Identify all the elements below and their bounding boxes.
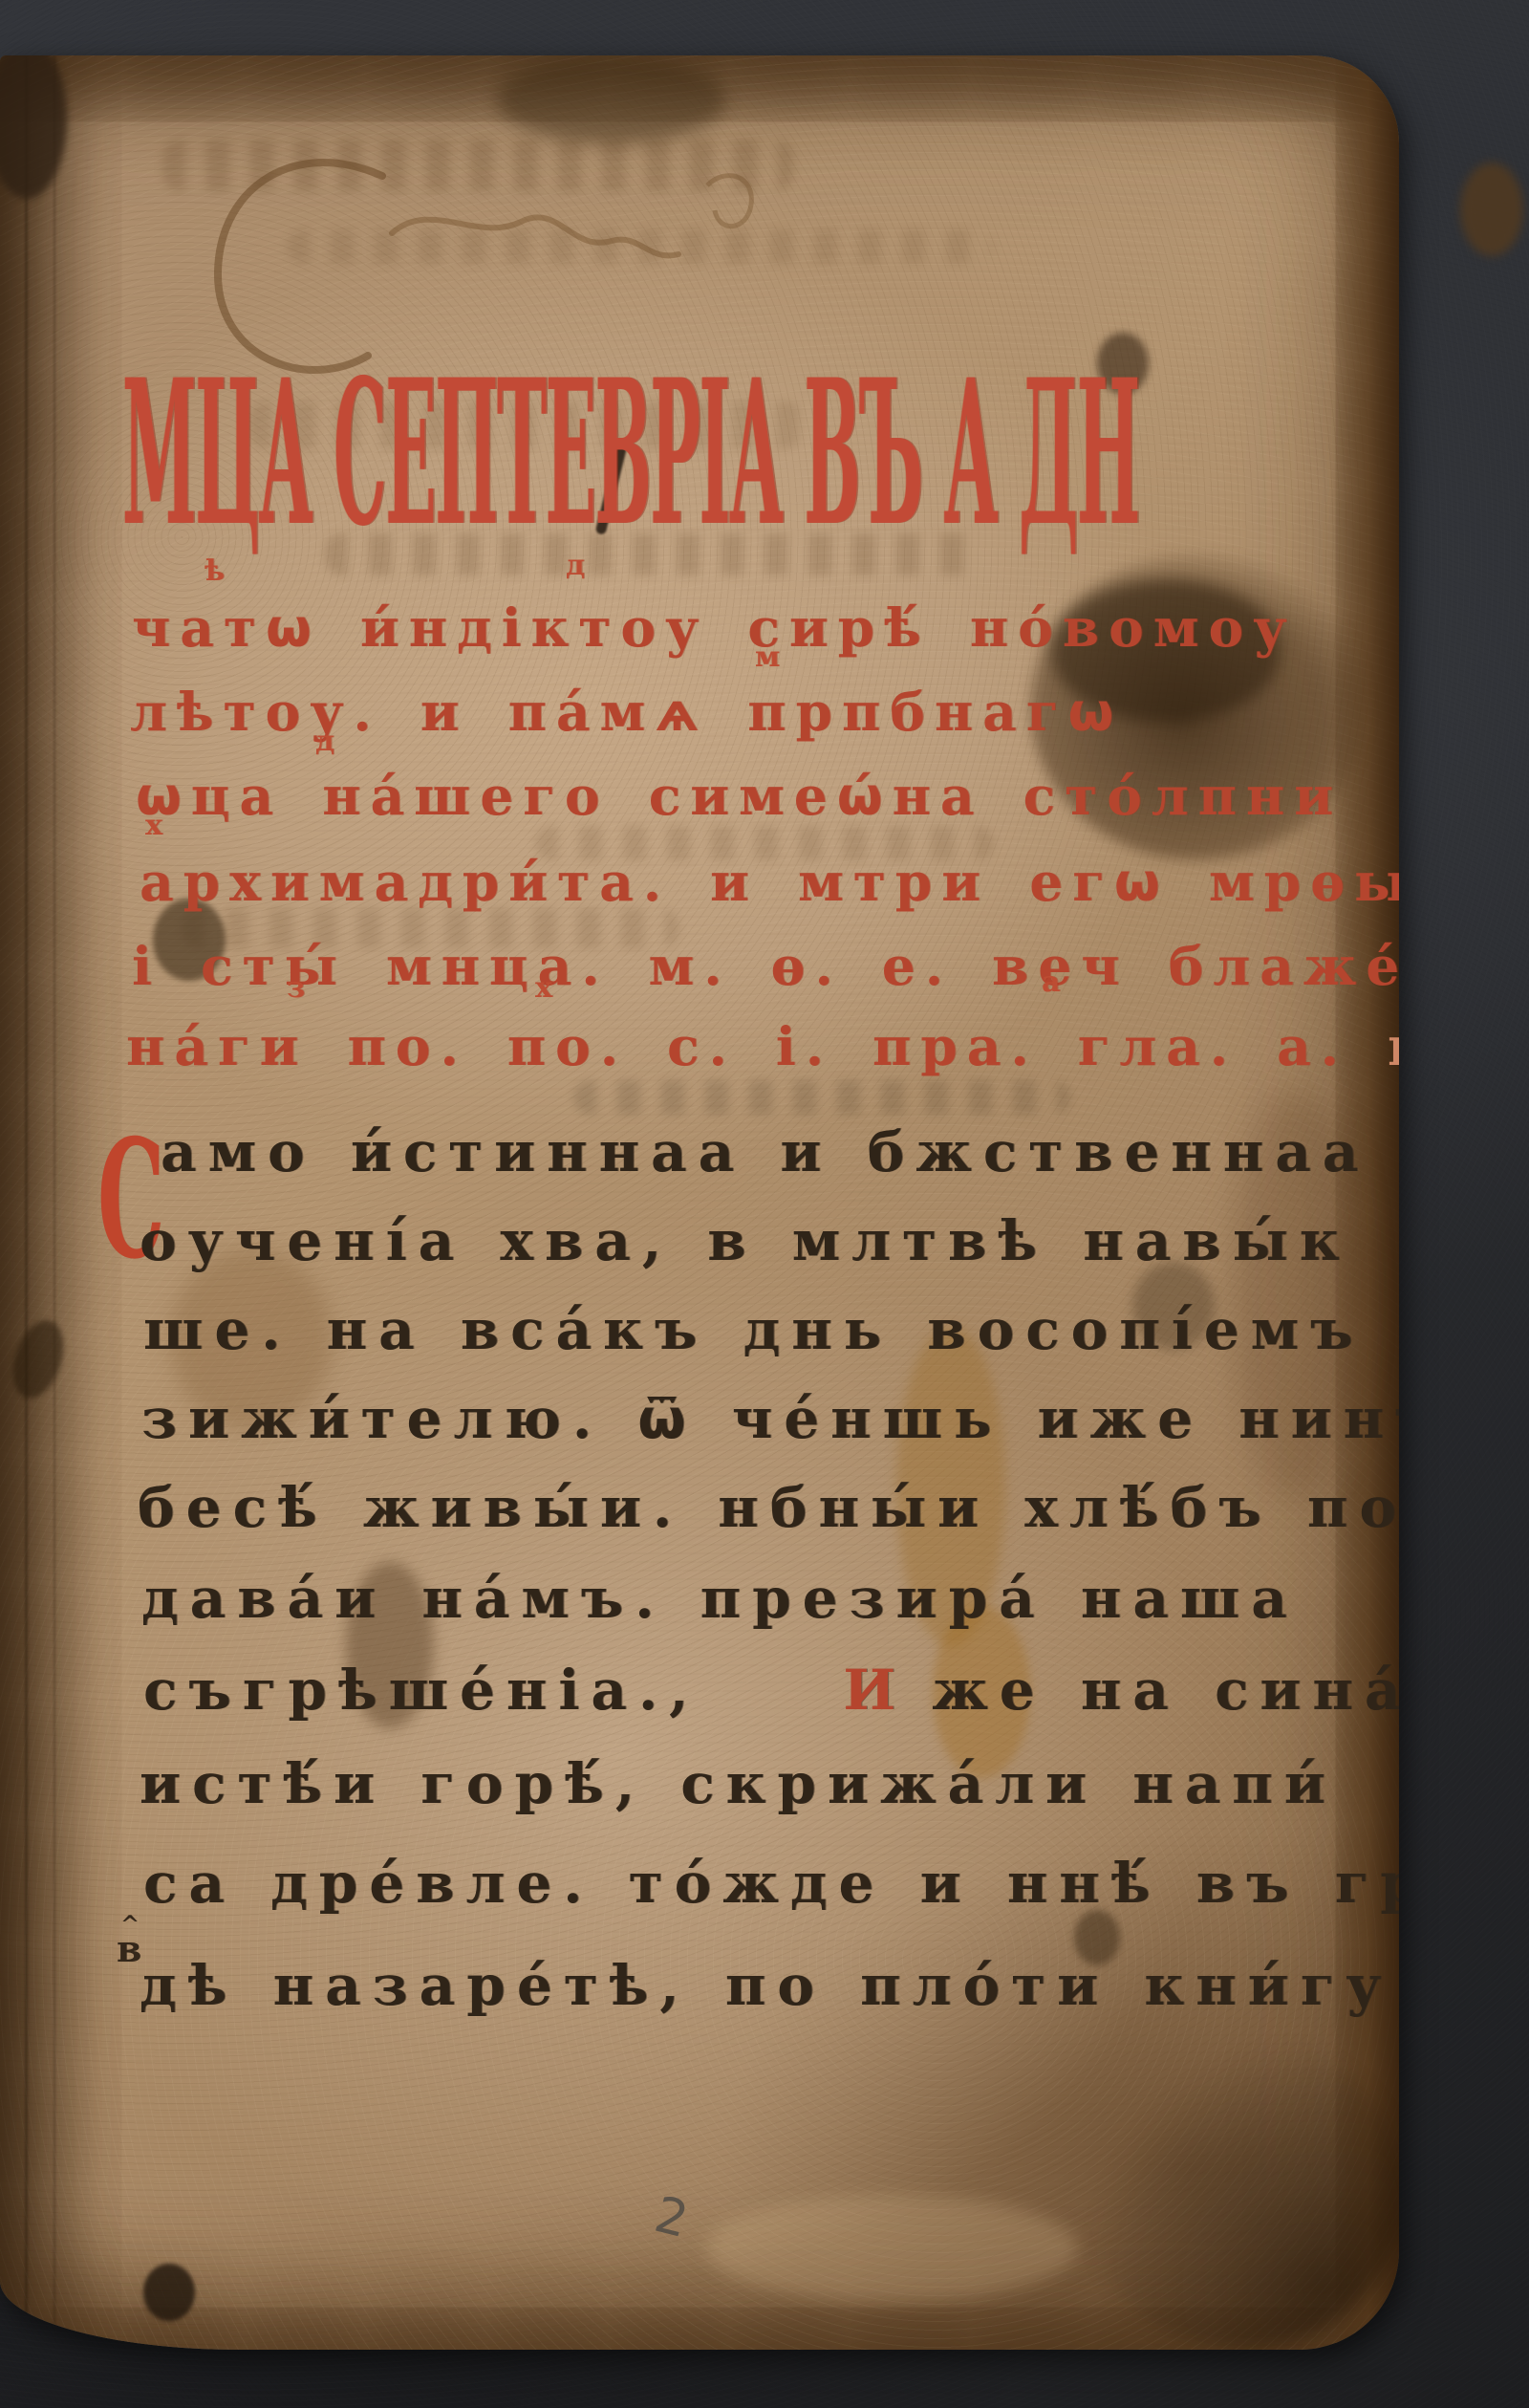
inline-initial: И — [843, 1658, 907, 1723]
superscript-letter: х — [145, 809, 162, 842]
rubric-line-6-main: на́ги по. по. с. і. пра. гла. а. — [126, 1015, 1348, 1077]
rubric-line-4: архимадри́та. и мтри егѡ мрѳы, — [140, 851, 1399, 913]
body-line-6: дава́и на́мъ. презира́ наша — [141, 1566, 1299, 1631]
rubric-line-1: чатѡ и́ндіктоу сирѣ́ но́вомоу — [132, 597, 1296, 659]
scan-frame: МЦА СЕПТЕВРІА ВЪ А ДН чатѡ и́ндіктоу сир… — [0, 0, 1529, 2408]
superscript-letter: ѣ — [205, 554, 225, 588]
headpiece-title: МЦА СЕПТЕВРІА ВЪ А ДН — [122, 336, 1139, 572]
margin-note: в^ — [117, 1927, 141, 1970]
gutter-shadow — [0, 55, 99, 2350]
rubric-line-5: і сты́ мнца. м. ѳ. е. веч блаже́ моу. — [132, 935, 1399, 997]
rubric-line-3: ѡца на́шего симеѡ́на сто́лпни — [136, 765, 1343, 827]
stain-dot-bottomleft — [143, 2264, 195, 2321]
body-line-1: амо и́стиннаа и бжственнаа — [161, 1119, 1369, 1184]
body-line-2: оучені́а хва, в млтвѣ навы́к — [140, 1208, 1351, 1273]
body-line-7-pre: съгрѣше́ніа., — [143, 1658, 700, 1723]
superscript-letter: з — [287, 971, 305, 1005]
superscript-letter: д — [566, 549, 585, 582]
rubric-line-2: лѣтоу. и па́мѧ прпбнагѡ — [130, 681, 1123, 743]
binding-crease — [25, 55, 28, 2350]
body-line-3: ше. на вса́къ днь восопі́емъ — [143, 1297, 1365, 1362]
superscript-letter: х — [535, 971, 552, 1005]
folio-number-pencil: 2 — [649, 2186, 694, 2249]
mount-debris-stain — [1460, 163, 1523, 256]
margin-note-circumflex: ^ — [120, 1910, 140, 1938]
rubric-line-6-tail: нѣиш чине — [1388, 1015, 1399, 1077]
body-line-8: истѣ́и горѣ́, скрижа́ли напи́ — [140, 1751, 1337, 1816]
superscript-letter: м — [755, 640, 780, 674]
body-line-9: са дре́вле. то́жде и ннѣ́ въ гра — [143, 1851, 1399, 1916]
body-line-10: дѣ назаре́тѣ, по пло́ти кни́гу — [140, 1953, 1392, 2018]
superscript-letter: а — [1042, 965, 1060, 999]
showthrough-ghost — [573, 1080, 1070, 1115]
body-line-5: бесѣ́ живы́и. нбны́и хлѣ́бъ по — [138, 1475, 1399, 1540]
superscript-letter: д — [315, 725, 334, 758]
rubric-line-6: на́ги по. по. с. і. пра. гла. а. нѣиш чи… — [126, 1015, 1399, 1077]
stain-bottom-light-patch — [705, 2195, 1078, 2302]
binding-crease — [54, 55, 55, 2350]
body-line-4: зижи́телю. ѿ че́ншь иже нинѣ — [141, 1386, 1399, 1451]
body-line-7: съгрѣше́ніа.,Иже на сина́ — [143, 1658, 1399, 1723]
body-line-7-post: же на сина́ — [932, 1658, 1399, 1723]
manuscript-page: МЦА СЕПТЕВРІА ВЪ А ДН чатѡ и́ндіктоу сир… — [0, 55, 1399, 2350]
